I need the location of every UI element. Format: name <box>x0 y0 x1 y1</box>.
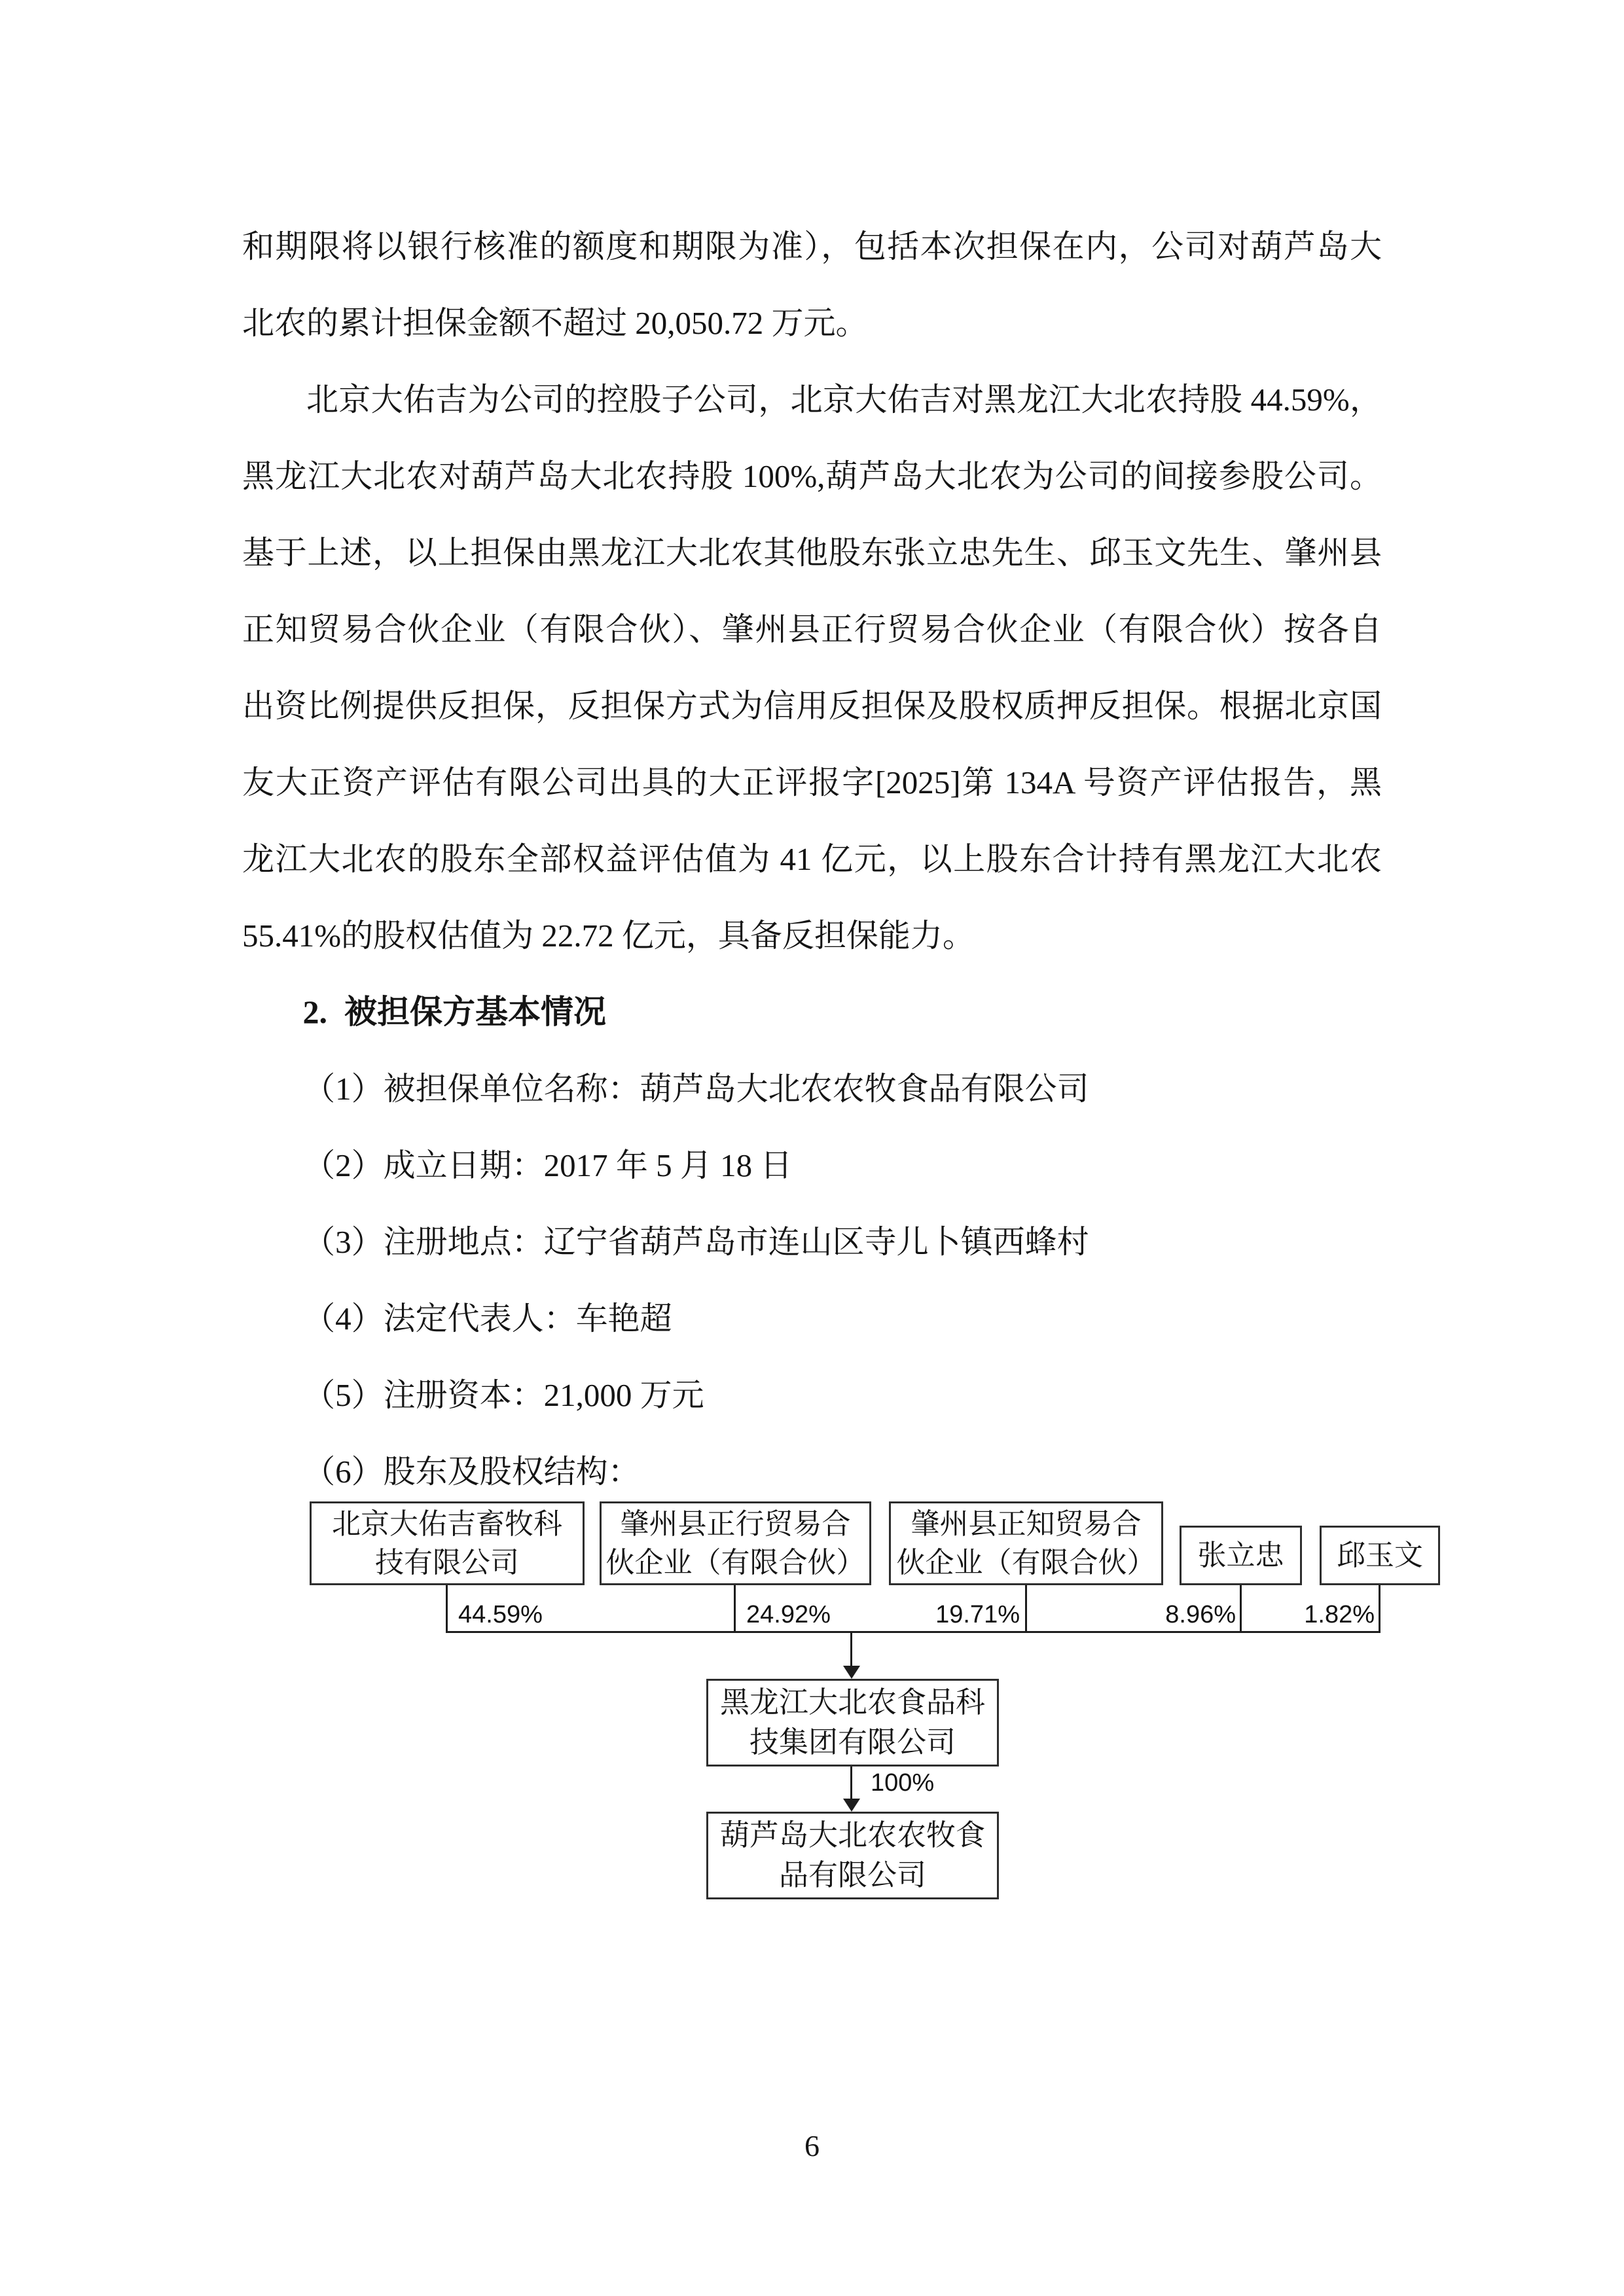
text-line: 邱玉文 <box>1337 1536 1423 1575</box>
ownership-bus-line <box>446 1631 1380 1633</box>
percent-label-qiu-yuwen: 1.82% <box>1225 1600 1375 1629</box>
text-line: 和期限将以银行核准的额度和期限为准），包括本次担保在内，公司对葫芦岛大 <box>242 208 1382 285</box>
text-line: （1）被担保单位名称：葫芦岛大北农农牧食品有限公司 <box>242 1050 1382 1127</box>
percent-label-zhengzhi: 19.71% <box>871 1600 1020 1629</box>
text-line: （6）股东及股权结构： <box>242 1433 1382 1510</box>
connector-line <box>446 1585 448 1631</box>
text-line: 肇州县正知贸易合 <box>911 1505 1142 1543</box>
section-number: 2. <box>303 994 328 1030</box>
text-line: 基于上述，以上担保由黑龙江大北农其他股东张立忠先生、邱玉文先生、肇州县 <box>242 514 1382 591</box>
text-line: 张立忠 <box>1198 1536 1284 1575</box>
text-line: 黑龙江大北农对葫芦岛大北农持股 100%,葫芦岛大北农为公司的间接参股公司。 <box>242 438 1382 514</box>
section-title: 被担保方基本情况 <box>344 994 606 1030</box>
connector-line <box>1025 1585 1027 1631</box>
text-line: 正知贸易合伙企业（有限合伙）、肇州县正行贸易合伙企业（有限合伙）按各自 <box>242 591 1382 668</box>
text-line: 北京大佑吉为公司的控股子公司，北京大佑吉对黑龙江大北农持股 44.59%， <box>242 361 1382 438</box>
text-line: 技集团有限公司 <box>749 1723 956 1763</box>
connector-line <box>734 1585 736 1631</box>
percent-label-zhengxing: 24.92% <box>746 1600 831 1629</box>
arrow-line <box>850 1767 852 1800</box>
text-line: 龙江大北农的股东全部权益评估值为 41 亿元，以上股东合计持有黑龙江大北农 <box>242 821 1382 897</box>
text-line: 葫芦岛大北农农牧食 <box>720 1816 985 1856</box>
shareholder-box-zhengzhi-partnership: 肇州县正知贸易合伙企业（有限合伙） <box>889 1501 1163 1585</box>
text-line: 伙企业（有限合伙） <box>897 1543 1156 1582</box>
percent-label-dayouji: 44.59% <box>458 1600 543 1629</box>
target-company-box: 葫芦岛大北农农牧食品有限公司 <box>706 1812 999 1899</box>
percent-label-100: 100% <box>871 1768 934 1797</box>
text-line: 伙企业（有限合伙） <box>606 1543 865 1582</box>
shareholder-box-zhang-lizhong: 张立忠 <box>1180 1526 1302 1585</box>
page-number: 6 <box>0 2128 1624 2163</box>
text-line: 友大正资产评估有限公司出具的大正评报字[2025]第 134A 号资产评估报告，… <box>242 744 1382 821</box>
guaranteed-party-info-list: （1）被担保单位名称：葫芦岛大北农农牧食品有限公司（2）成立日期：2017 年 … <box>242 1050 1382 1510</box>
text-line: 黑龙江大北农食品科 <box>720 1683 985 1723</box>
shareholder-box-beijing-dayouji: 北京大佑吉畜牧科技有限公司 <box>310 1501 585 1585</box>
text-line: 出资比例提供反担保，反担保方式为信用反担保及股权质押反担保。根据北京国 <box>242 668 1382 744</box>
arrow-line <box>850 1632 852 1667</box>
paragraph-guarantee-amount: 和期限将以银行核准的额度和期限为准），包括本次担保在内，公司对葫芦岛大北农的累计… <box>242 208 1382 361</box>
shareholding-structure-diagram: 北京大佑吉畜牧科技有限公司 肇州县正行贸易合伙企业（有限合伙） 肇州县正知贸易合… <box>0 1501 1624 1927</box>
paragraph-counter-guarantee: 北京大佑吉为公司的控股子公司，北京大佑吉对黑龙江大北农持股 44.59%，黑龙江… <box>242 361 1382 974</box>
shareholder-box-zhengxing-partnership: 肇州县正行贸易合伙企业（有限合伙） <box>600 1501 871 1585</box>
shareholder-box-qiu-yuwen: 邱玉文 <box>1320 1526 1440 1585</box>
text-line: 品有限公司 <box>779 1856 926 1895</box>
arrow-down-icon <box>843 1799 860 1812</box>
text-line: （3）注册地点：辽宁省葫芦岛市连山区寺儿卜镇西蜂村 <box>242 1204 1382 1280</box>
text-line: （4）法定代表人：车艳超 <box>242 1280 1382 1357</box>
intermediate-company-box: 黑龙江大北农食品科技集团有限公司 <box>706 1679 999 1767</box>
text-line: 55.41%的股权估值为 22.72 亿元，具备反担保能力。 <box>242 897 1382 974</box>
document-page: 和期限将以银行核准的额度和期限为准），包括本次担保在内，公司对葫芦岛大北农的累计… <box>0 0 1624 2296</box>
text-line: （5）注册资本：21,000 万元 <box>242 1357 1382 1433</box>
text-line: 北京大佑吉畜牧科 <box>332 1505 562 1543</box>
document-body: 和期限将以银行核准的额度和期限为准），包括本次担保在内，公司对葫芦岛大北农的累计… <box>242 208 1382 1510</box>
arrow-down-icon <box>843 1666 860 1679</box>
text-line: 技有限公司 <box>375 1543 519 1582</box>
percent-label-zhang-lizhong: 8.96% <box>1087 1600 1236 1629</box>
section-heading: 2.被担保方基本情况 <box>242 974 1382 1050</box>
text-line: 北农的累计担保金额不超过 20,050.72 万元。 <box>242 285 1382 361</box>
text-line: （2）成立日期：2017 年 5 月 18 日 <box>242 1127 1382 1204</box>
text-line: 肇州县正行贸易合 <box>621 1505 851 1543</box>
connector-line <box>1379 1585 1380 1631</box>
